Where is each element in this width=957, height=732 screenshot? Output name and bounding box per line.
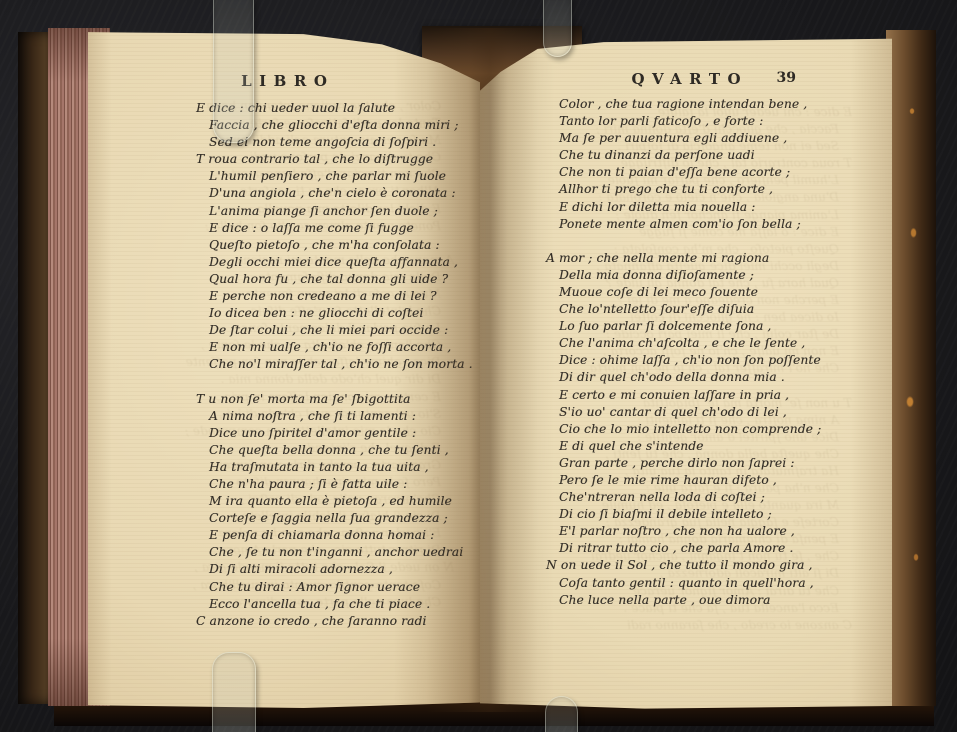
poem-line: Io dicea ben : ne gliocchi di coſtei	[196, 305, 473, 322]
poem-line: Che n'ha paura ; ſi è fatta uile :	[196, 476, 473, 493]
book-photograph: Color , che tua ragione intendan bene ,T…	[0, 0, 957, 732]
poem-line: Che , ſe tu non t'inganni , anchor uedra…	[196, 544, 473, 561]
poem-line: Lo ſuo parlar ſi dolcemente ſona ,	[546, 318, 821, 335]
poem-line: D'una angiola , che'n cielo è coronata :	[196, 185, 473, 202]
poem-line: Di ſi alti miracoli adornezza ,	[196, 561, 473, 578]
poem-line: Che non ti paian d'eſſa bene acorte ;	[546, 164, 821, 181]
poem-line: Di ritrar tutto cio , che parla Amore .	[546, 540, 821, 557]
poem-line: L'anima piange ſi anchor ſen duole ;	[196, 203, 473, 220]
poem-line: Che queſta bella donna , che tu ſenti ,	[196, 442, 473, 459]
poem-line: Corteſe e ſaggia nella ſua grandezza ;	[196, 510, 473, 527]
poem-line: A mor ; che nella mente mi ragiona	[546, 250, 821, 267]
poem-line: E'l parlar noſtro , che non ha ualore ,	[546, 523, 821, 540]
poem-line: Di dir quel ch'odo della donna mia .	[546, 369, 821, 386]
poem-line: E dichi lor diletta mia nouella :	[546, 199, 821, 216]
poem-line: Allhor ti prego che tu ti conforte ,	[546, 181, 821, 198]
poem-line: Color , che tua ragione intendan bene ,	[546, 96, 821, 113]
poem-line: S'io uo' cantar di quel ch'odo di lei ,	[546, 404, 821, 421]
poem-line: Della mia donna diſioſamente ;	[546, 267, 821, 284]
running-title-left: LIBRO	[88, 72, 480, 90]
poem-line: Che tu dinanzi da perſone uadi	[546, 147, 821, 164]
poem-line: Dice uno ſpiritel d'amor gentile :	[196, 425, 473, 442]
poem-line: A nima noſtra , che ſi ti lamenti :	[196, 408, 473, 425]
plastic-strip-bottom-left	[212, 652, 256, 732]
poem-line: Queſto pietoſo , che m'ha conſolata :	[196, 237, 473, 254]
open-book: Color , che tua ragione intendan bene ,T…	[14, 12, 942, 720]
poem-line: Che tu dirai : Amor ſignor uerace	[196, 579, 473, 596]
poem-line: Di cio ſi biaſmi il debile intelleto ;	[546, 506, 821, 523]
poem-line: Pero ſe le mie rime hauran difeto ,	[546, 472, 821, 489]
poem-line: E non mi ualſe , ch'io ne foſſi accorta …	[196, 339, 473, 356]
plastic-strip-top-right	[543, 0, 572, 57]
poem-line: Dice : ohime laſſa , ch'io non ſon poſſe…	[546, 352, 821, 369]
poem-line: C anzone io credo , che ſaranno radi	[510, 617, 852, 634]
poem-column-left: E dice : chi ueder uuol la ſaluteFaccia …	[196, 100, 473, 630]
poem-line: L'humil penſiero , che parlar mi ſuole	[196, 168, 473, 185]
left-page: Color , che tua ragione intendan bene ,T…	[88, 28, 480, 708]
right-page: E dice : chi ueder uuol la ſaluteFaccia …	[480, 34, 892, 710]
poem-line: E certo e mi conuien laſſare in pria ,	[546, 387, 821, 404]
page-number: 39	[777, 70, 796, 86]
poem-line: Tanto lor parli faticoſo , e forte :	[546, 113, 821, 130]
poem-line: Cio che lo mio intelletto non comprende …	[546, 421, 821, 438]
poem-line: Che l'anima ch'aſcolta , e che le ſente …	[546, 335, 821, 352]
poem-line: Muoue coſe di lei meco ſouente	[546, 284, 821, 301]
poem-line: T roua contrario tal , che lo diſtrugge	[196, 151, 473, 168]
plastic-strip-bottom-right	[545, 696, 578, 732]
book-cover-edge-right	[886, 30, 936, 706]
poem-line: C anzone io credo , che ſaranno radi	[196, 613, 473, 630]
poem-line: Che lo'ntelletto ſour'eſſe diſuia	[546, 301, 821, 318]
poem-line: N on uede il Sol , che tutto il mondo gi…	[546, 557, 821, 574]
plastic-strip-top-left	[213, 0, 254, 143]
poem-line: E dice : o laſſa me come ſi fugge	[196, 220, 473, 237]
poem-line: Coſa tanto gentil : quanto in quell'hora…	[546, 575, 821, 592]
poem-line: E penſa di chiamarla donna homai :	[196, 527, 473, 544]
poem-line: Qual hora fu , che tal donna gli uide ?	[196, 271, 473, 288]
poem-line: E di quel che s'intende	[546, 438, 821, 455]
poem-line: De ſtar colui , che li miei pari occide …	[196, 322, 473, 339]
poem-column-right: Color , che tua ragione intendan bene ,T…	[546, 96, 821, 609]
poem-line: Gran parte , perche dirlo non ſaprei :	[546, 455, 821, 472]
poem-line: T u non ſe' morta ma ſe' ſbigottita	[196, 391, 473, 408]
running-title-right: QVARTO	[480, 70, 892, 88]
poem-line: Che'ntreran nella loda di coſtei ;	[546, 489, 821, 506]
poem-line: Ma ſe per auuentura egli addiuene ,	[546, 130, 821, 147]
poem-line: E perche non credeano a me di lei ?	[196, 288, 473, 305]
poem-line: Ha traſmutata in tanto la tua uita ,	[196, 459, 473, 476]
poem-line: Ecco l'ancella tua , fa che ti piace .	[196, 596, 473, 613]
poem-line: Che no'l miraſſer tal , ch'io ne ſon mor…	[196, 356, 473, 373]
poem-line: Che luce nella parte , oue dimora	[546, 592, 821, 609]
poem-line: M ira quanto ella è pietoſa , ed humile	[196, 493, 473, 510]
poem-line: Ponete mente almen com'io ſon bella ;	[546, 216, 821, 233]
poem-line: Degli occhi miei dice queſta affannata ,	[196, 254, 473, 271]
